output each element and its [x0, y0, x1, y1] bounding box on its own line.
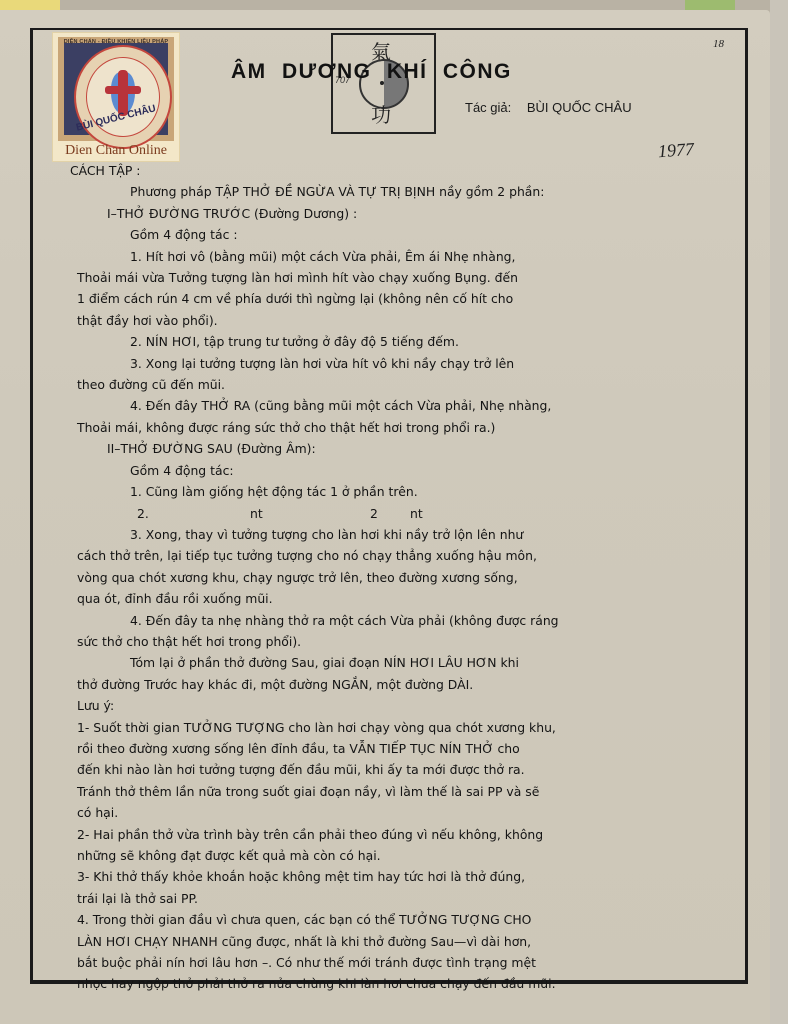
author-name: BÙI QUỐC CHÂU — [527, 100, 632, 115]
dien-chan-logo: DIỆN CHẨN - ĐIỀU KHIỂN LIỆU PHÁP BÙI QUỐ… — [52, 32, 180, 162]
page-number: 18 — [713, 38, 724, 50]
text-line: vòng qua chót xương khu, chạy ngược trở … — [77, 567, 717, 588]
text-line: thật đầy hơi vào phổi). — [77, 310, 717, 331]
text-line: Gồm 4 động tác : — [77, 224, 717, 245]
seal-char-bottom: 功 — [371, 99, 391, 128]
text-line: LÀN HƠI CHẠY NHANH cũng được, nhất là kh… — [77, 931, 717, 952]
text-line: 1- Suốt thời gian TƯỞNG TƯỢNG cho làn hơ… — [77, 717, 717, 738]
text-line: 3. Xong lại tưởng tượng làn hơi vừa hít … — [77, 353, 717, 374]
handwritten-year: 1977 — [657, 139, 694, 162]
text-line: Lưu ý: — [77, 695, 717, 716]
text-line: Tránh thở thêm lần nữa trong suốt giai đ… — [77, 781, 717, 802]
text-line: CÁCH TẬP : — [70, 160, 717, 181]
text-fragment: nt — [410, 503, 423, 524]
text-line: 1. Hít hơi vô (bằng mũi) một cách Vừa ph… — [77, 246, 717, 267]
author-line: Tác giả: BÙI QUỐC CHÂU — [465, 100, 632, 115]
text-line: Gồm 4 động tác: — [77, 460, 717, 481]
text-line: Thoải mái, không được ráng sức thở cho t… — [77, 417, 717, 438]
text-line: rồi theo đường xương sống lên đỉnh đầu, … — [77, 738, 717, 759]
page-title: ÂM DƯƠNG KHÍ CÔNG — [231, 60, 512, 84]
text-line: 3. Xong, thay vì tưởng tượng cho làn hơi… — [77, 524, 717, 545]
background-edge — [770, 0, 788, 1024]
text-line: sức thở cho thật hết hơi trong phổi). — [77, 631, 717, 652]
text-line: I–THỞ ĐƯỜNG TRƯỚC (Đường Dương) : — [77, 203, 717, 224]
text-line: trái lại là thở sai PP. — [77, 888, 717, 909]
text-line: 2- Hai phần thở vừa trình bày trên cần p… — [77, 824, 717, 845]
text-line: bắt buộc phải nín hơi lâu hơn –. Có như … — [77, 952, 717, 973]
text-line: những sẽ không đạt được kết quả mà còn c… — [77, 845, 717, 866]
face-diagram-icon — [105, 86, 141, 94]
text-line: 4. Trong thời gian đầu vì chưa quen, các… — [77, 909, 717, 930]
text-line: 3- Khi thở thấy khỏe khoắn hoặc không mệ… — [77, 866, 717, 887]
text-line: đến khi nào làn hơi tưởng tượng đến đầu … — [77, 759, 717, 780]
text-fragment: 2 — [370, 503, 410, 524]
logo-medallion — [74, 45, 172, 149]
text-fragment: nt — [250, 503, 370, 524]
logo-arc-text: DIỆN CHẨN - ĐIỀU KHIỂN LIỆU PHÁP — [58, 39, 174, 45]
author-label: Tác giả: — [465, 100, 511, 115]
text-line: Tóm lại ở phần thở đường Sau, giai đoạn … — [77, 652, 717, 673]
text-line: Thoải mái vừa Tưởng tượng làn hơi mình h… — [77, 267, 717, 288]
text-line: 1 điểm cách rún 4 cm về phía dưới thì ng… — [77, 288, 717, 309]
text-line: cách thở trên, lại tiếp tục tưởng tượng … — [77, 545, 717, 566]
text-line: qua ót, đỉnh đầu rồi xuống mũi. — [77, 588, 717, 609]
background-strip — [0, 0, 60, 10]
logo-emblem: DIỆN CHẨN - ĐIỀU KHIỂN LIỆU PHÁP BÙI QUỐ… — [58, 37, 174, 141]
text-line: 2. NÍN HƠI, tập trung tư tưởng ở đây độ … — [77, 331, 717, 352]
logo-caption: Dien Chan Online — [53, 143, 179, 159]
text-line: nhọc hay ngộp thở phải thở ra nửa chừng … — [77, 973, 717, 994]
text-line: thở đường Trước hay khác đi, một đường N… — [77, 674, 717, 695]
text-line: theo đường cũ đến mũi. — [77, 374, 717, 395]
text-line: 1. Cũng làm giống hệt động tác 1 ở phần … — [77, 481, 717, 502]
text-fragment: 2. — [137, 503, 250, 524]
text-line: 4. Đến đây THỞ RA (cũng bằng mũi một các… — [77, 395, 717, 416]
text-line: 2.nt2nt — [77, 503, 717, 524]
background-strip — [685, 0, 735, 10]
text-line: Phương pháp TẬP THỞ ĐỀ NGỪA VÀ TỰ TRỊ BỊ… — [77, 181, 717, 202]
document-body: CÁCH TẬP :Phương pháp TẬP THỞ ĐỀ NGỪA VÀ… — [77, 160, 717, 995]
text-line: II–THỞ ĐƯỜNG SAU (Đường Âm): — [77, 438, 717, 459]
text-line: 4. Đến đây ta nhẹ nhàng thở ra một cách … — [77, 610, 717, 631]
text-line: có hại. — [77, 802, 717, 823]
